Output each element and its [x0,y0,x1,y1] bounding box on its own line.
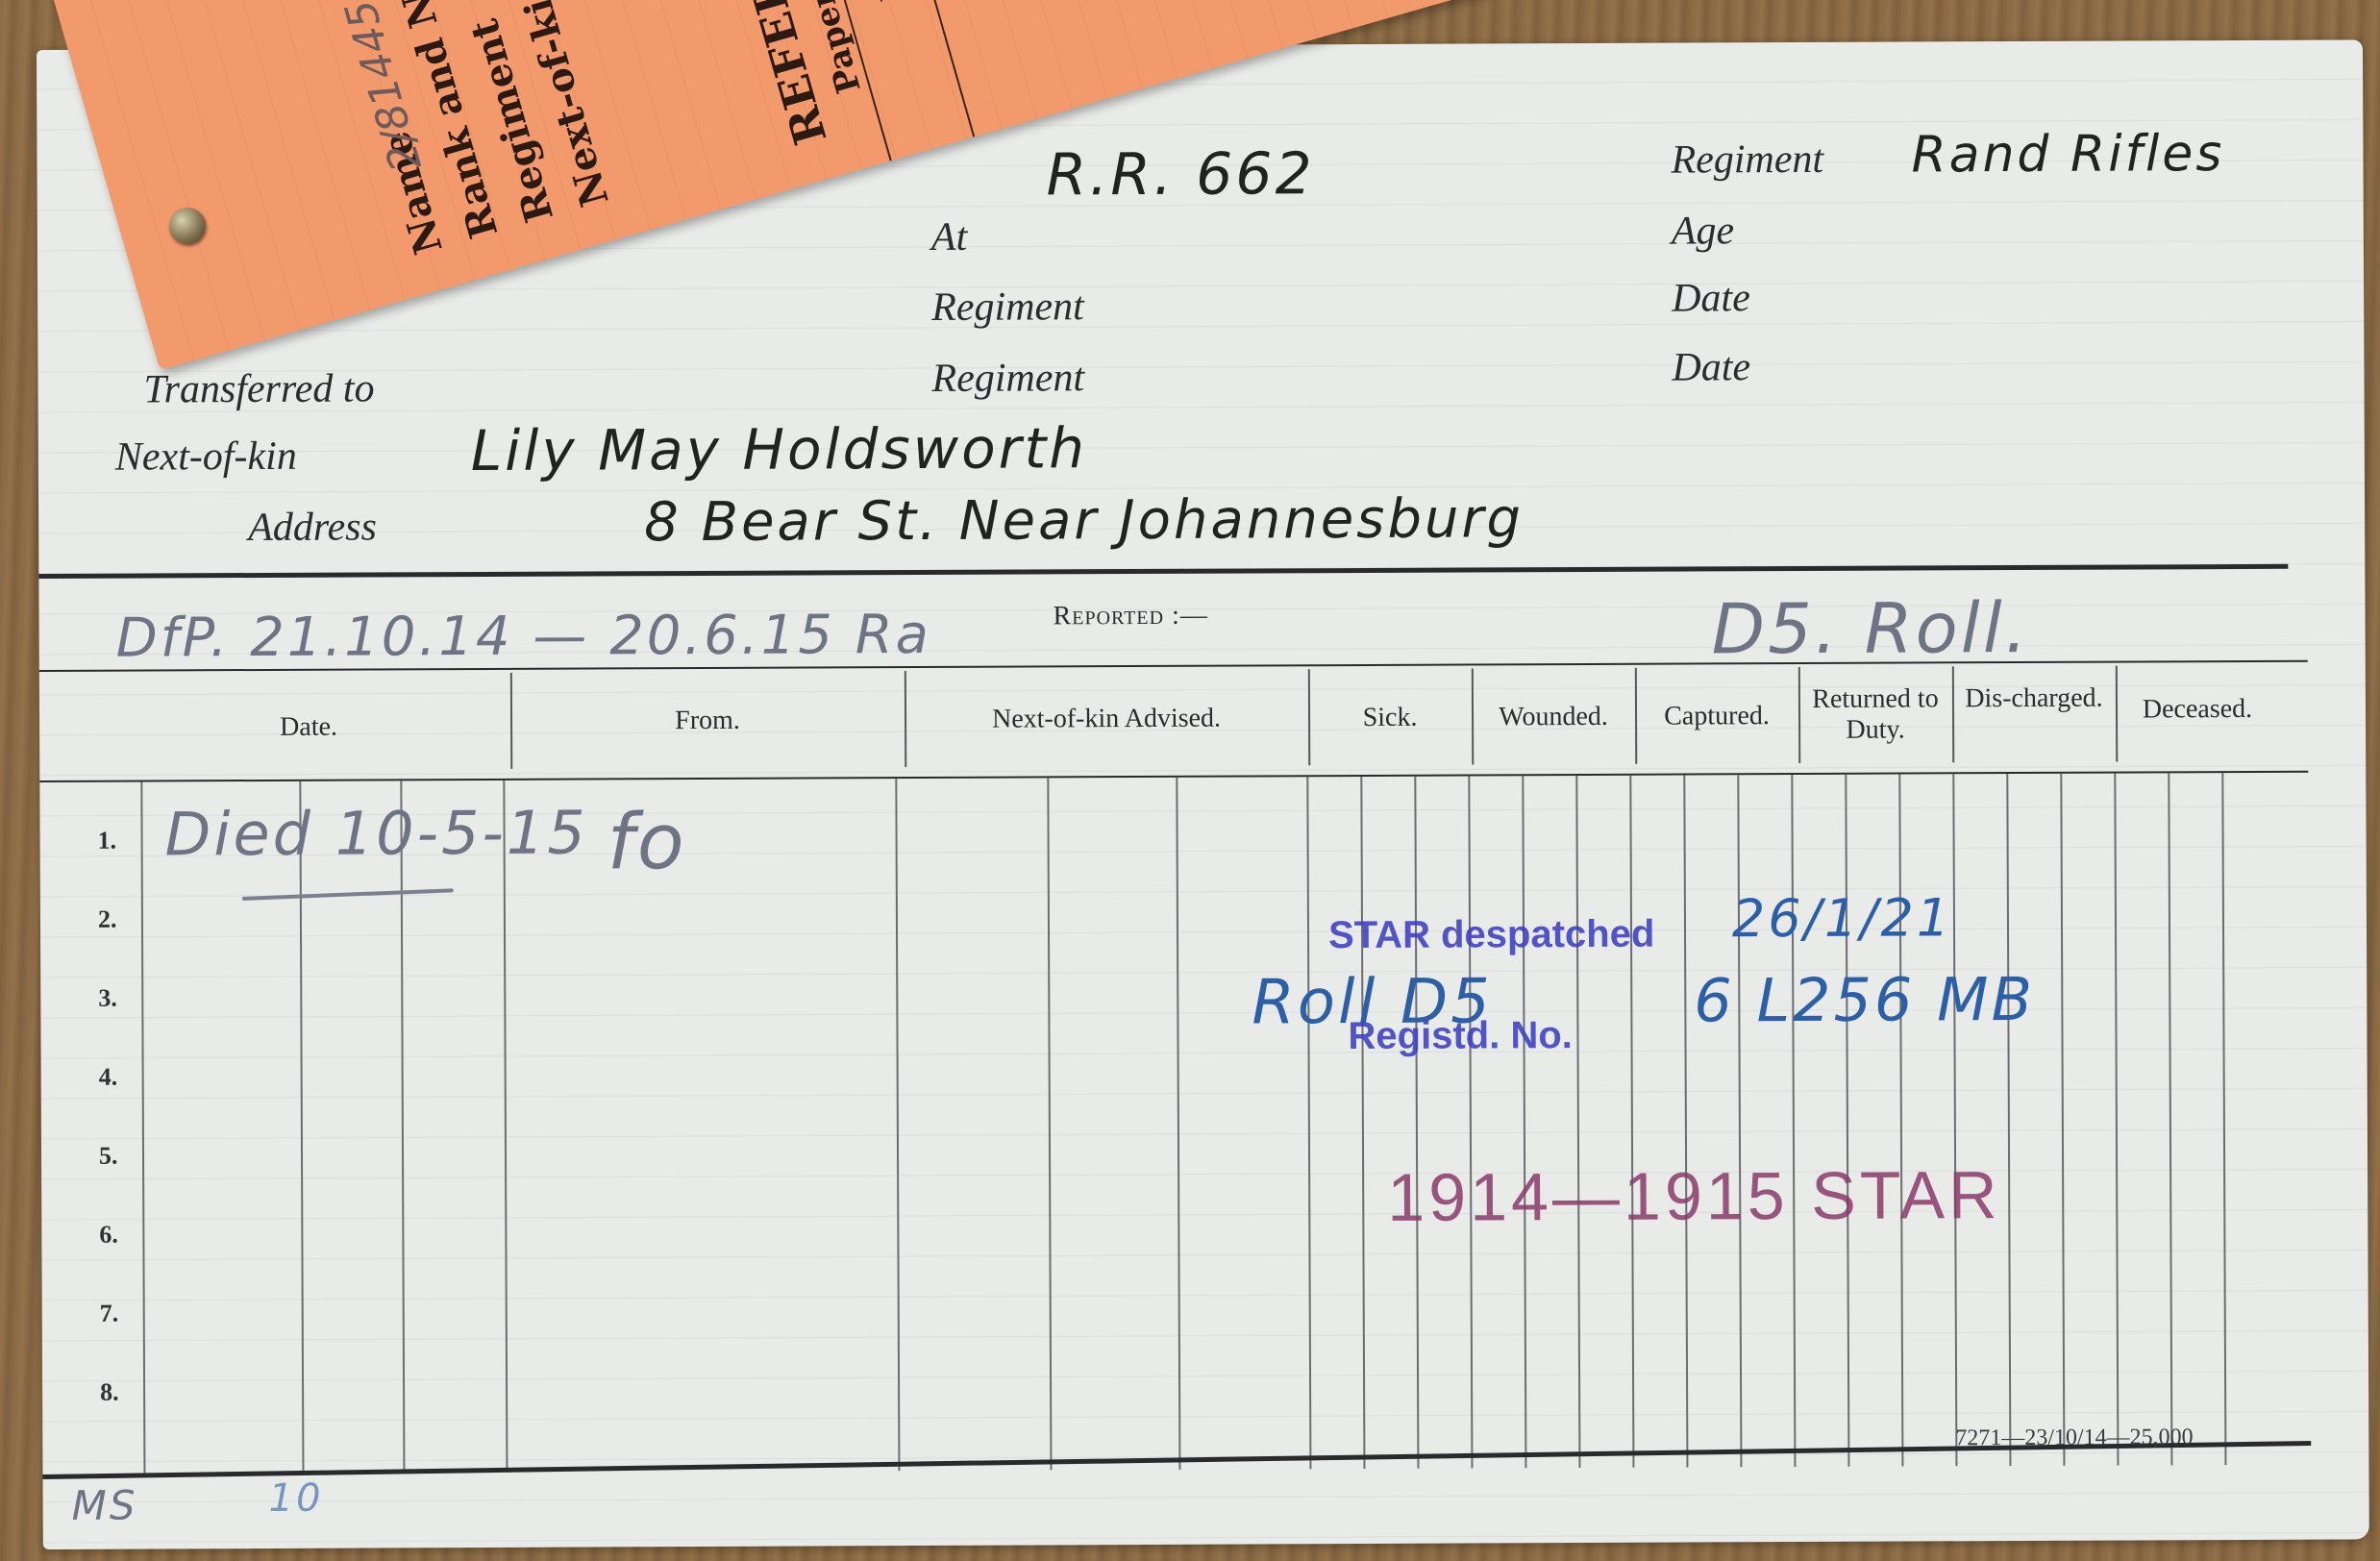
grid-line [1176,778,1180,1470]
age-label: Age [1672,208,1735,254]
row-number: 7. [100,1300,119,1328]
grid-line [1468,777,1473,1469]
at-label: At [931,214,968,260]
entry-1-date: Died 10-5-15 [164,798,587,870]
grid-line [1575,776,1580,1468]
hdr-sep [510,673,512,769]
date2-label: Date [1672,344,1750,390]
grid-line [1845,775,1849,1467]
regiment2-label: Regiment [931,284,1084,331]
grid-line [1898,775,1903,1467]
col-sick: Sick. [1308,702,1472,733]
row-number: 2. [98,905,117,934]
grid-line [1737,775,1742,1467]
col-discharged: Dis-charged. [1952,683,2116,715]
reported-label: Reported :— [1054,601,1208,632]
rivet-icon [169,208,206,244]
grid-line [2114,774,2119,1466]
date-label: Date [1672,275,1750,321]
col-deceased: Deceased. [2116,694,2279,726]
grid-line [2168,773,2172,1465]
grid-line [2006,774,2011,1466]
transferred-label: Transferred to [143,365,374,412]
grid-line [1047,778,1052,1470]
grid-line [2060,774,2065,1466]
next-of-kin-value: Lily May Holdsworth [471,415,1087,483]
service-number: R.R. 662 [1046,140,1314,209]
grid-line [1306,777,1311,1469]
hdr-sep [1798,667,1800,763]
row-number: 5. [99,1142,118,1171]
grid-line [503,780,508,1473]
hdr-sep [1472,668,1474,764]
entry-1-initials: fo [607,797,687,886]
col-returned-to-duty: Returned to Duty. [1798,683,1952,746]
col-from: From. [510,705,905,737]
grid-line [1522,776,1526,1468]
regiment3-label: Regiment [931,355,1084,402]
registered-stamp: Registd. No. [1348,1014,1573,1058]
col-wounded: Wounded. [1472,702,1635,733]
footer-number: 10 [268,1476,323,1521]
grid-line [2221,773,2226,1465]
grid-line [1952,774,1957,1466]
hdr-sep [1635,668,1637,764]
grid-line [1414,777,1419,1469]
grid-line [1683,776,1688,1468]
hdr-sep [2116,666,2118,762]
row-number: 3. [98,984,117,1013]
service-period-note: DfP. 21.10.14 — 20.6.15 Ra [116,604,932,670]
print-reference: 7271—23/10/14—25,000 [1955,1425,2193,1451]
header-bottom-rule [39,771,2308,782]
grid-line [895,779,900,1471]
grid-line [1360,777,1365,1469]
registered-value: 6 L256 MB [1694,964,2035,1036]
entry-1-underline [242,888,454,901]
header-divider [38,564,2288,579]
grid-line [1791,775,1796,1467]
regiment-label: Regiment [1671,136,1823,184]
star-despatched-stamp: STAR despatched [1328,913,1655,957]
hdr-sep [1308,669,1310,765]
address-label: Address [248,504,377,551]
grid-line [1629,776,1634,1468]
hdr-sep [1952,666,1954,762]
address-value: 8 Bear St. Near Johannesburg [644,487,1524,554]
row-number: 4. [99,1063,118,1092]
next-of-kin-label: Next-of-kin [115,434,297,481]
star-despatched-value: 26/1/21 [1732,887,1952,949]
row-number: 6. [99,1221,118,1250]
footer-initials: MS [72,1482,138,1529]
row-number: 8. [100,1378,119,1407]
col-date: Date. [116,711,501,744]
col-captured: Captured. [1635,701,1798,732]
hdr-sep [905,671,906,767]
grid-line [299,781,304,1474]
roll-note: D5. Roll. [1711,587,2029,669]
row-number: 1. [98,827,117,855]
medal-stamp: 1914—1915 STAR [1387,1156,2001,1236]
grid-line [140,782,145,1474]
regiment-value: Rand Rifles [1911,125,2224,184]
grid-line [400,780,405,1473]
col-next-of-kin-advised: Next-of-kin Advised. [905,703,1308,735]
